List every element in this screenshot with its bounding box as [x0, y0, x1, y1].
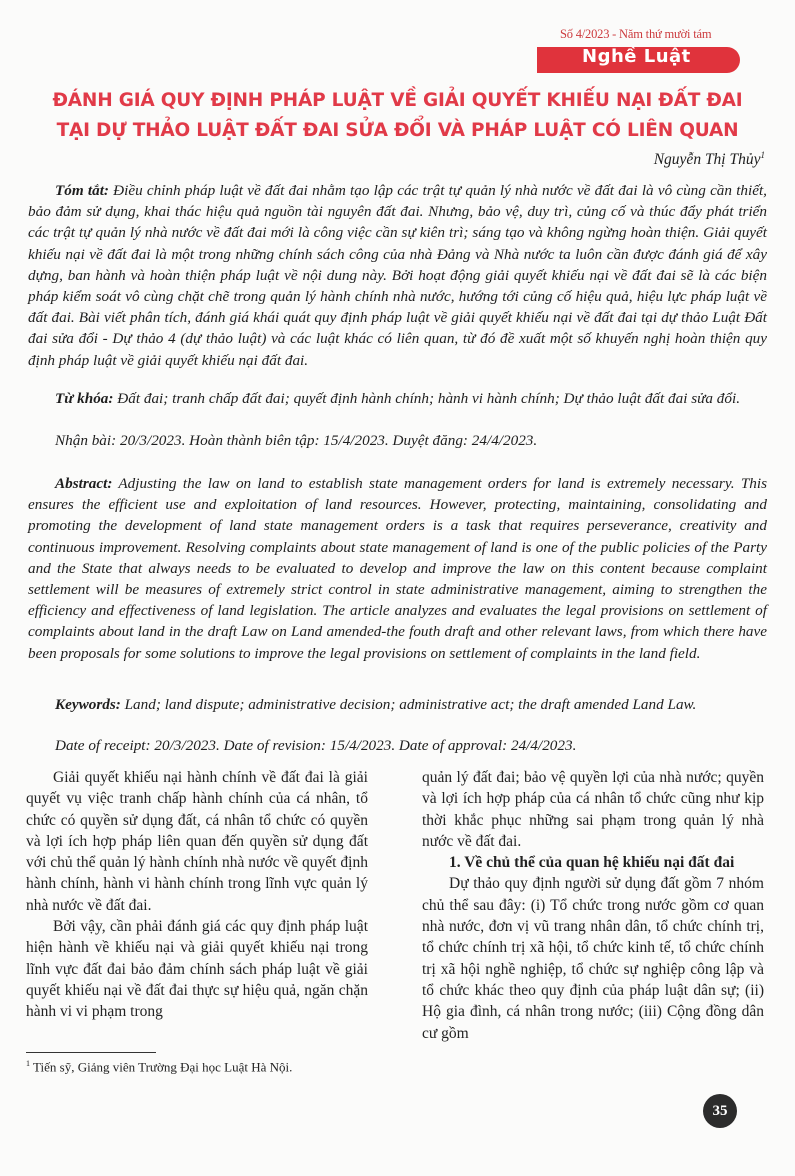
keywords-en-label: Keywords:	[55, 696, 121, 713]
issue-label: Số 4/2023 - Năm thứ mười tám	[560, 27, 711, 42]
abstract-en: Abstract: Adjusting the law on land to e…	[28, 473, 767, 664]
page-number: 35	[703, 1094, 737, 1128]
dates-vi: Nhận bài: 20/3/2023. Hoàn thành biên tập…	[28, 430, 767, 451]
body-paragraph-continued: quản lý đất đai; bảo vệ quyền lợi của nh…	[422, 767, 764, 852]
summary-vi-label: Tóm tắt:	[55, 182, 109, 199]
keywords-en: Keywords: Land; land dispute; administra…	[28, 694, 767, 715]
body-column-left: Giải quyết khiếu nại hành chính về đất đ…	[26, 767, 368, 1023]
article-title: ĐÁNH GIÁ QUY ĐỊNH PHÁP LUẬT VỀ GIẢI QUYẾ…	[40, 86, 755, 146]
summary-vi-text: Điều chỉnh pháp luật về đất đai nhằm tạo…	[28, 182, 767, 369]
keywords-vi: Từ khóa: Đất đai; tranh chấp đất đai; qu…	[28, 388, 767, 409]
author: Nguyễn Thị Thủy1	[654, 150, 765, 169]
keywords-vi-label: Từ khóa:	[55, 390, 113, 407]
title-line-1: ĐÁNH GIÁ QUY ĐỊNH PHÁP LUẬT VỀ GIẢI QUYẾ…	[40, 86, 755, 116]
journal-name: Nghề Luật	[582, 46, 691, 67]
summary-vi: Tóm tắt: Điều chỉnh pháp luật về đất đai…	[28, 180, 767, 371]
author-name: Nguyễn Thị Thủy	[654, 151, 761, 168]
title-line-2: TẠI DỰ THẢO LUẬT ĐẤT ĐAI SỬA ĐỔI VÀ PHÁP…	[40, 116, 755, 146]
abstract-en-label: Abstract:	[55, 475, 112, 492]
footnote: 1 Tiến sỹ, Giảng viên Trường Đại học Luậ…	[26, 1059, 292, 1075]
dates-en: Date of receipt: 20/3/2023. Date of revi…	[28, 735, 767, 756]
body-paragraph: Dự thảo quy định người sử dụng đất gồm 7…	[422, 873, 764, 1043]
body-paragraph: Giải quyết khiếu nại hành chính về đất đ…	[26, 767, 368, 916]
body-paragraph: Bởi vậy, cần phải đánh giá các quy định …	[26, 916, 368, 1022]
footnote-rule	[26, 1052, 156, 1053]
footnote-text: Tiến sỹ, Giảng viên Trường Đại học Luật …	[30, 1059, 292, 1074]
keywords-en-text: Land; land dispute; administrative decis…	[121, 696, 697, 713]
body-column-right: quản lý đất đai; bảo vệ quyền lợi của nh…	[422, 767, 764, 1044]
author-footnote-mark: 1	[761, 150, 766, 160]
section-heading: 1. Về chủ thể của quan hệ khiếu nại đất …	[422, 852, 764, 873]
abstract-en-text: Adjusting the law on land to establish s…	[28, 475, 767, 662]
keywords-vi-text: Đất đai; tranh chấp đất đai; quyết định …	[113, 390, 740, 407]
